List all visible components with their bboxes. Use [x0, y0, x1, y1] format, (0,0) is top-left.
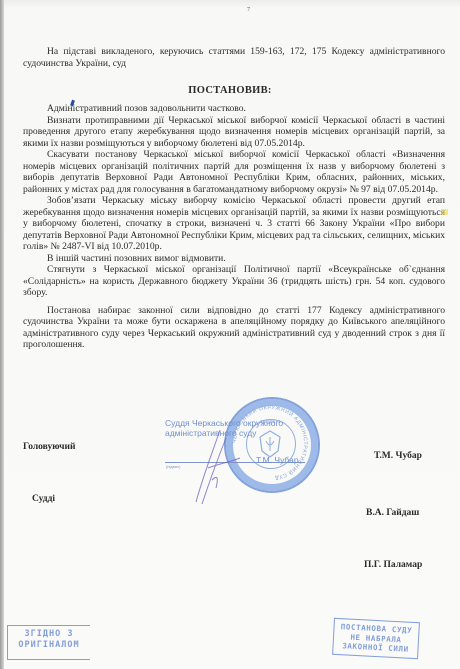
paragraph-oblige-commission: Зобов’язати Черкаську міську виборчу ком…: [23, 195, 445, 253]
presiding-label: Головуючий: [23, 442, 75, 452]
judge-1-name: В.А. Гайдаш: [366, 508, 419, 518]
intro-block: На підставі викладеного, керуючись статт…: [23, 46, 445, 69]
ruling-body: Адміністративний позов задовольнити част…: [23, 103, 445, 351]
paragraph-claim-partial: Адміністративний позов задовольнити част…: [23, 103, 445, 115]
paragraph-appeal: Постанова набирає законної сили відповід…: [23, 305, 445, 351]
judge-stamp-name: Т.М. Чубар: [256, 455, 299, 465]
paragraph-court-fee: Стягнути з Черкаської міської організаці…: [23, 264, 445, 299]
page-number: 7: [247, 7, 250, 13]
handwritten-signature-icon: [190, 428, 250, 508]
paragraph-cancel-resolution: Скасувати постанову Черкаської міської в…: [23, 149, 445, 195]
paragraph-unlawful-actions: Визнати протиправними дії Черкаської міс…: [23, 115, 445, 150]
stamp-certified-copy: ЗГІДНО З ОРИГІНАЛОМ: [7, 625, 90, 660]
ruling-heading: ПОСТАНОВИВ:: [0, 85, 460, 96]
signature-label: (підпис): [166, 464, 180, 469]
stamp-original-line1: ЗГІДНО З: [8, 629, 90, 640]
presiding-name: Т.М. Чубар: [374, 451, 422, 461]
document-page: 7 На підставі викладеного, керуючись ста…: [0, 0, 460, 669]
judge-stamp-line1: Суддя Черкаського окружного: [165, 418, 283, 428]
paragraph-refuse-rest: В іншій частині позовних вимог відмовити…: [23, 253, 445, 265]
scan-edge: [0, 0, 4, 669]
judge-2-name: П.Г. Паламар: [364, 560, 422, 570]
stamp-not-in-force: ПОСТАНОВА СУДУ НЕ НАБРАЛА ЗАКОННОЇ СИЛИ: [332, 618, 420, 659]
stamp-original-line2: ОРИГІНАЛОМ: [8, 640, 90, 651]
highlight-mark: [441, 209, 448, 215]
intro-paragraph: На підставі викладеного, керуючись статт…: [23, 46, 445, 69]
judges-label: Судді: [32, 494, 55, 504]
